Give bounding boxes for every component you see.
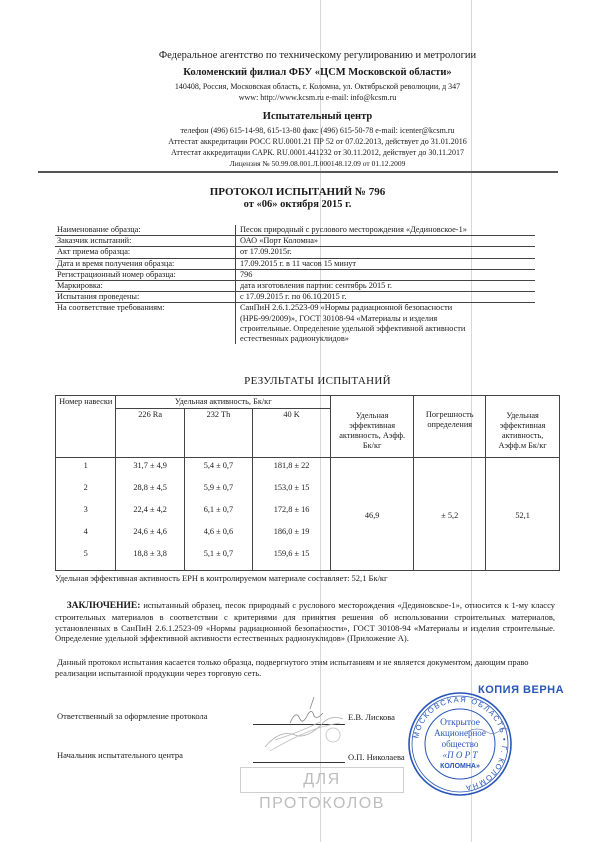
branch-web-email: www: http://www.kcsm.ru e-mail: info@kcs… <box>0 93 595 102</box>
info-value: СанПиН 2.6.1.2523-09 «Нормы радиационной… <box>236 303 536 344</box>
branch-address: 140408, Россия, Московская область, г. К… <box>0 82 595 91</box>
branch-name: Коломенский филиал ФБУ «ЦСМ Московской о… <box>0 67 595 78</box>
cell-k: 172,8 ± 16 <box>253 502 331 524</box>
info-key: Маркировка: <box>55 281 236 292</box>
col-specific-activity: Удельная активность, Бк/кг <box>116 396 331 409</box>
cell-eff-value: 46,9 <box>331 458 414 571</box>
info-key: Дата и время получения образца: <box>55 258 236 269</box>
disclaimer-note: Данный протокол испытания касается тольк… <box>55 657 555 678</box>
protocols-stamp: ДЛЯ ПРОТОКОЛОВ <box>240 767 404 793</box>
total-activity-line: Удельная эффективная активность ЕРН в ко… <box>55 573 388 583</box>
company-seal-icon: МОСКОВСКАЯ ОБЛАСТЬ • Г. КОЛОМНА Открытое… <box>405 690 515 798</box>
cell-k: 159,6 ± 15 <box>253 546 331 571</box>
conclusion-label: ЗАКЛЮЧЕНИЕ: <box>67 601 141 611</box>
results-title: РЕЗУЛЬТАТЫ ИСПЫТАНИЙ <box>0 375 595 387</box>
table-row: 1 31,7 ± 4,9 5,4 ± 0,7 181,8 ± 22 46,9 ±… <box>56 458 560 481</box>
cell-error-value: ± 5,2 <box>414 458 486 571</box>
results-table: Номер навески Удельная активность, Бк/кг… <box>55 395 560 571</box>
info-value: дата изготовления партии: сентябрь 2015 … <box>236 281 536 292</box>
col-th: 232 Th <box>184 409 252 458</box>
header-divider <box>38 171 558 173</box>
svg-text:КОЛОМНА»: КОЛОМНА» <box>440 763 480 770</box>
cell-sample-no: 2 <box>56 480 116 502</box>
svg-text:общество: общество <box>442 739 479 749</box>
cell-sample-no: 1 <box>56 458 116 481</box>
info-key: Наименование образца: <box>55 225 236 236</box>
disclaimer-text: Данный протокол испытания касается тольк… <box>55 657 529 678</box>
info-value: с 17.09.2015 г. по 06.10.2015 г. <box>236 292 536 303</box>
cell-th: 5,9 ± 0,7 <box>184 480 252 502</box>
cell-ra: 24,6 ± 4,6 <box>116 524 184 546</box>
cell-th: 4,6 ± 0,6 <box>184 524 252 546</box>
cell-th: 6,1 ± 0,7 <box>184 502 252 524</box>
info-value: от 17.09.2015г. <box>236 247 536 258</box>
col-sample-no: Номер навески <box>56 396 116 458</box>
svg-text:Открытое: Открытое <box>440 718 480 728</box>
signature-name-1: Е.В. Лискова <box>348 712 395 722</box>
col-error: Погрешность определения <box>414 396 486 458</box>
protocol-title: ПРОТОКОЛ ИСПЫТАНИЙ № 796 <box>0 186 595 198</box>
signature-role-2: Начальник испытательного центра <box>57 750 183 760</box>
svg-text:Акционерное: Акционерное <box>434 728 486 738</box>
cell-th: 5,1 ± 0,7 <box>184 546 252 571</box>
license: Лицензия № 50.99.08.001.Л.000148.12.09 о… <box>0 159 595 168</box>
info-value: 796 <box>236 269 536 280</box>
signature-role-1: Ответственный за оформление протокола <box>57 711 208 721</box>
handwritten-signature-icon <box>255 695 350 755</box>
cell-sample-no: 4 <box>56 524 116 546</box>
cell-ra: 22,4 ± 4,2 <box>116 502 184 524</box>
sample-info-table: Наименование образца:Песок природный с р… <box>55 225 535 344</box>
signature-line-2 <box>253 762 345 763</box>
col-eff-m: Удельная эффективная активность, Аэфф.м … <box>486 396 560 458</box>
protocol-date: от «06» октября 2015 г. <box>0 199 595 210</box>
cell-sample-no: 5 <box>56 546 116 571</box>
conclusion: ЗАКЛЮЧЕНИЕ: испытанный образец, песок пр… <box>55 600 555 644</box>
cell-th: 5,4 ± 0,7 <box>184 458 252 481</box>
info-key: Испытания проведены: <box>55 292 236 303</box>
info-value: 17.09.2015 г. в 11 часов 15 минут <box>236 258 536 269</box>
test-center-title: Испытательный центр <box>0 111 595 122</box>
cell-ra: 28,8 ± 4,5 <box>116 480 184 502</box>
cell-k: 153,0 ± 15 <box>253 480 331 502</box>
info-key: На соответствие требованиям: <box>55 303 236 344</box>
agency-name: Федеральное агентство по техническому ре… <box>0 50 595 61</box>
svg-text:«П О Р Т: «П О Р Т <box>443 750 479 760</box>
cell-ra: 31,7 ± 4,9 <box>116 458 184 481</box>
accreditation-2: Аттестат аккредитации САРК. RU.0001.4412… <box>0 148 595 157</box>
accreditation-1: Аттестат аккредитации РОСС RU.0001.21 ПР… <box>0 137 595 146</box>
col-k: 40 K <box>253 409 331 458</box>
info-key: Акт приема образца: <box>55 247 236 258</box>
cell-k: 181,8 ± 22 <box>253 458 331 481</box>
cell-eff-m-value: 52,1 <box>486 458 560 571</box>
info-value: Песок природный с руслового месторождени… <box>236 225 536 236</box>
info-key: Регистрационный номер образца: <box>55 269 236 280</box>
copy-true-stamp: КОПИЯ ВЕРНА <box>478 684 564 696</box>
cell-ra: 18,8 ± 3,8 <box>116 546 184 571</box>
col-ra: 226 Ra <box>116 409 184 458</box>
cell-sample-no: 3 <box>56 502 116 524</box>
cell-k: 186,0 ± 19 <box>253 524 331 546</box>
col-eff: Удельная эффективная активность, Аэфф. Б… <box>331 396 414 458</box>
test-center-contacts: телефон (496) 615-14-98, 615-13-80 факс … <box>0 126 595 135</box>
info-value: ОАО «Порт Коломна» <box>236 236 536 247</box>
info-key: Заказчик испытаний: <box>55 236 236 247</box>
signature-name-2: О.П. Николаева <box>348 752 405 762</box>
